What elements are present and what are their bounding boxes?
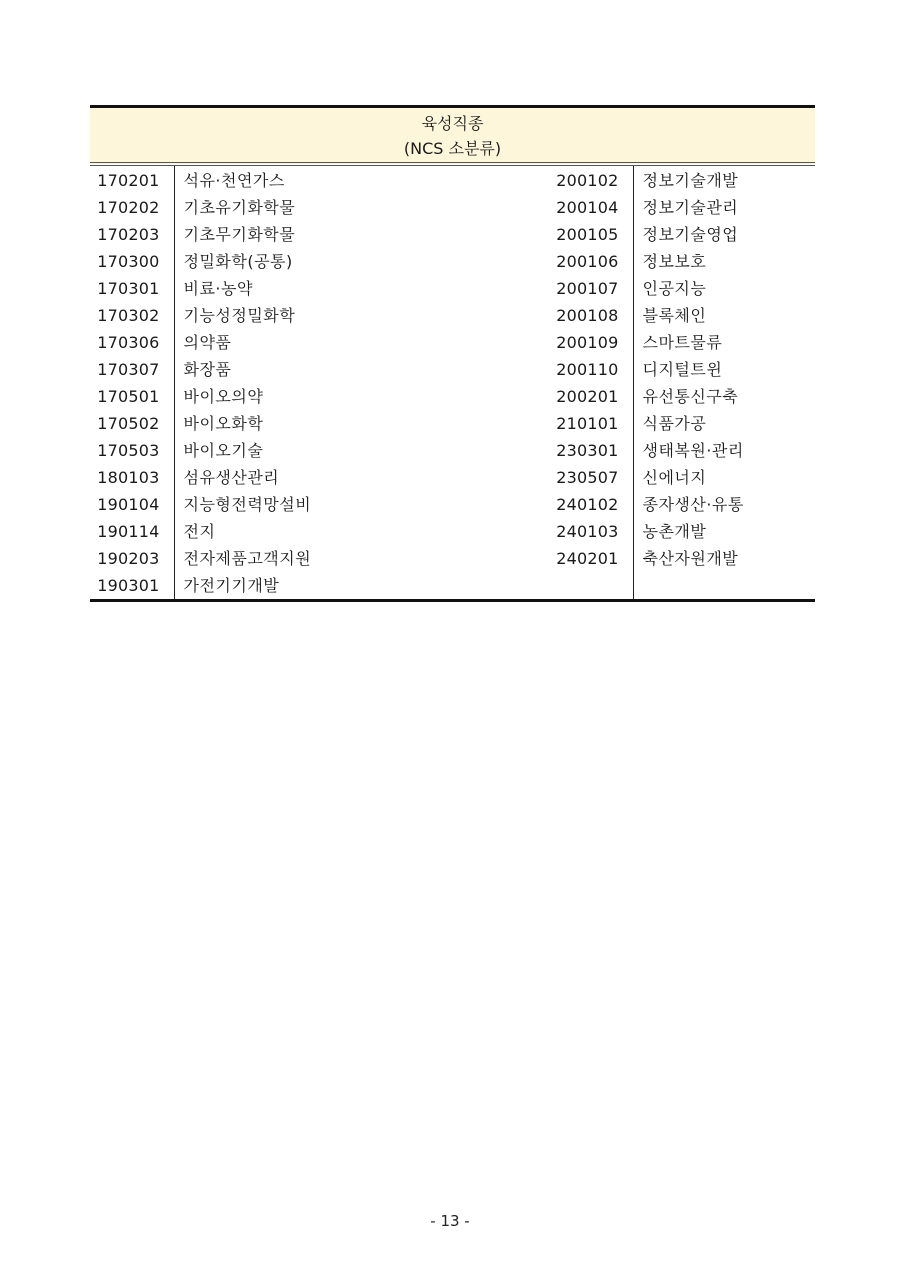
occupation-name-right: 정보기술영업 xyxy=(633,221,815,248)
table-row: 170302 기능성정밀화학 200108 블록체인 xyxy=(90,302,815,329)
occupation-name-left: 의약품 xyxy=(174,329,549,356)
ncs-code-right: 200108 xyxy=(549,302,633,329)
table-row: 170503 바이오기술 230301 생태복원·관리 xyxy=(90,437,815,464)
occupation-name-left: 비료·농약 xyxy=(174,275,549,302)
occupation-name-right: 인공지능 xyxy=(633,275,815,302)
occupation-name-right: 정보기술관리 xyxy=(633,194,815,221)
ncs-code-right: 200102 xyxy=(549,164,633,194)
ncs-code-left: 170307 xyxy=(90,356,174,383)
occupation-name-left: 기초무기화학물 xyxy=(174,221,549,248)
table-row: 190104 지능형전력망설비 240102 종자생산·유통 xyxy=(90,491,815,518)
ncs-code-right: 240103 xyxy=(549,518,633,545)
table-body: 170201 석유·천연가스 200102 정보기술개발 170202 기초유기… xyxy=(90,164,815,601)
occupation-name-left: 석유·천연가스 xyxy=(174,164,549,194)
table-header-title: 육성직종 xyxy=(90,107,815,137)
ncs-code-right: 230507 xyxy=(549,464,633,491)
page-number: - 13 - xyxy=(0,1212,900,1230)
ncs-code-left: 190114 xyxy=(90,518,174,545)
table-header-row: 육성직종 xyxy=(90,107,815,137)
ncs-code-left: 190301 xyxy=(90,572,174,601)
document-page: 육성직종 (NCS 소분류) 170201 석유·천연가스 200102 정보기… xyxy=(0,0,900,1272)
ncs-code-left: 190203 xyxy=(90,545,174,572)
ncs-code-left: 190104 xyxy=(90,491,174,518)
ncs-code-right: 200104 xyxy=(549,194,633,221)
ncs-code-left: 170203 xyxy=(90,221,174,248)
table-row: 170501 바이오의약 200201 유선통신구축 xyxy=(90,383,815,410)
table-row: 190203 전자제품고객지원 240201 축산자원개발 xyxy=(90,545,815,572)
ncs-occupation-table: 육성직종 (NCS 소분류) 170201 석유·천연가스 200102 정보기… xyxy=(90,105,815,602)
occupation-name-left: 바이오의약 xyxy=(174,383,549,410)
occupation-name-left: 지능형전력망설비 xyxy=(174,491,549,518)
occupation-name-left: 기초유기화학물 xyxy=(174,194,549,221)
table-row: 190301 가전기기개발 xyxy=(90,572,815,601)
occupation-name-right: 정보보호 xyxy=(633,248,815,275)
table-row: 170502 바이오화학 210101 식품가공 xyxy=(90,410,815,437)
occupation-name-right: 축산자원개발 xyxy=(633,545,815,572)
ncs-code-left: 170302 xyxy=(90,302,174,329)
table-header-subtitle: (NCS 소분류) xyxy=(90,136,815,164)
table-row: 170201 석유·천연가스 200102 정보기술개발 xyxy=(90,164,815,194)
ncs-code-left: 170503 xyxy=(90,437,174,464)
ncs-code-right: 230301 xyxy=(549,437,633,464)
occupation-name-right xyxy=(633,572,815,601)
table-row: 170202 기초유기화학물 200104 정보기술관리 xyxy=(90,194,815,221)
table-row: 170307 화장품 200110 디지털트윈 xyxy=(90,356,815,383)
occupation-name-left: 전자제품고객지원 xyxy=(174,545,549,572)
ncs-code-right: 200107 xyxy=(549,275,633,302)
ncs-code-right: 200201 xyxy=(549,383,633,410)
ncs-code-left: 170202 xyxy=(90,194,174,221)
ncs-code-left: 170201 xyxy=(90,164,174,194)
ncs-code-right: 200110 xyxy=(549,356,633,383)
table-row: 170301 비료·농약 200107 인공지능 xyxy=(90,275,815,302)
ncs-code-left: 170502 xyxy=(90,410,174,437)
table-row: 180103 섬유생산관리 230507 신에너지 xyxy=(90,464,815,491)
ncs-code-left: 170501 xyxy=(90,383,174,410)
occupation-name-left: 화장품 xyxy=(174,356,549,383)
occupation-name-left: 바이오기술 xyxy=(174,437,549,464)
table-row: 170300 정밀화학(공통) 200106 정보보호 xyxy=(90,248,815,275)
occupation-name-right: 종자생산·유통 xyxy=(633,491,815,518)
ncs-code-left: 170300 xyxy=(90,248,174,275)
table-row: 170306 의약품 200109 스마트물류 xyxy=(90,329,815,356)
occupation-name-left: 섬유생산관리 xyxy=(174,464,549,491)
occupation-name-left: 정밀화학(공통) xyxy=(174,248,549,275)
ncs-code-left: 180103 xyxy=(90,464,174,491)
ncs-code-left: 170301 xyxy=(90,275,174,302)
occupation-name-right: 신에너지 xyxy=(633,464,815,491)
occupation-name-right: 정보기술개발 xyxy=(633,164,815,194)
ncs-code-right: 200109 xyxy=(549,329,633,356)
ncs-code-left: 170306 xyxy=(90,329,174,356)
table-row: 190114 전지 240103 농촌개발 xyxy=(90,518,815,545)
ncs-code-right: 210101 xyxy=(549,410,633,437)
occupation-name-right: 디지털트윈 xyxy=(633,356,815,383)
table-header-row: (NCS 소분류) xyxy=(90,136,815,164)
occupation-name-left: 기능성정밀화학 xyxy=(174,302,549,329)
occupation-name-left: 바이오화학 xyxy=(174,410,549,437)
ncs-code-right: 240102 xyxy=(549,491,633,518)
occupation-name-right: 농촌개발 xyxy=(633,518,815,545)
occupation-name-left: 가전기기개발 xyxy=(174,572,549,601)
occupation-name-right: 블록체인 xyxy=(633,302,815,329)
occupation-name-right: 스마트물류 xyxy=(633,329,815,356)
occupation-name-right: 유선통신구축 xyxy=(633,383,815,410)
ncs-code-right xyxy=(549,572,633,601)
table-row: 170203 기초무기화학물 200105 정보기술영업 xyxy=(90,221,815,248)
ncs-code-right: 200106 xyxy=(549,248,633,275)
ncs-code-right: 200105 xyxy=(549,221,633,248)
occupation-name-right: 생태복원·관리 xyxy=(633,437,815,464)
ncs-code-right: 240201 xyxy=(549,545,633,572)
occupation-name-right: 식품가공 xyxy=(633,410,815,437)
occupation-name-left: 전지 xyxy=(174,518,549,545)
